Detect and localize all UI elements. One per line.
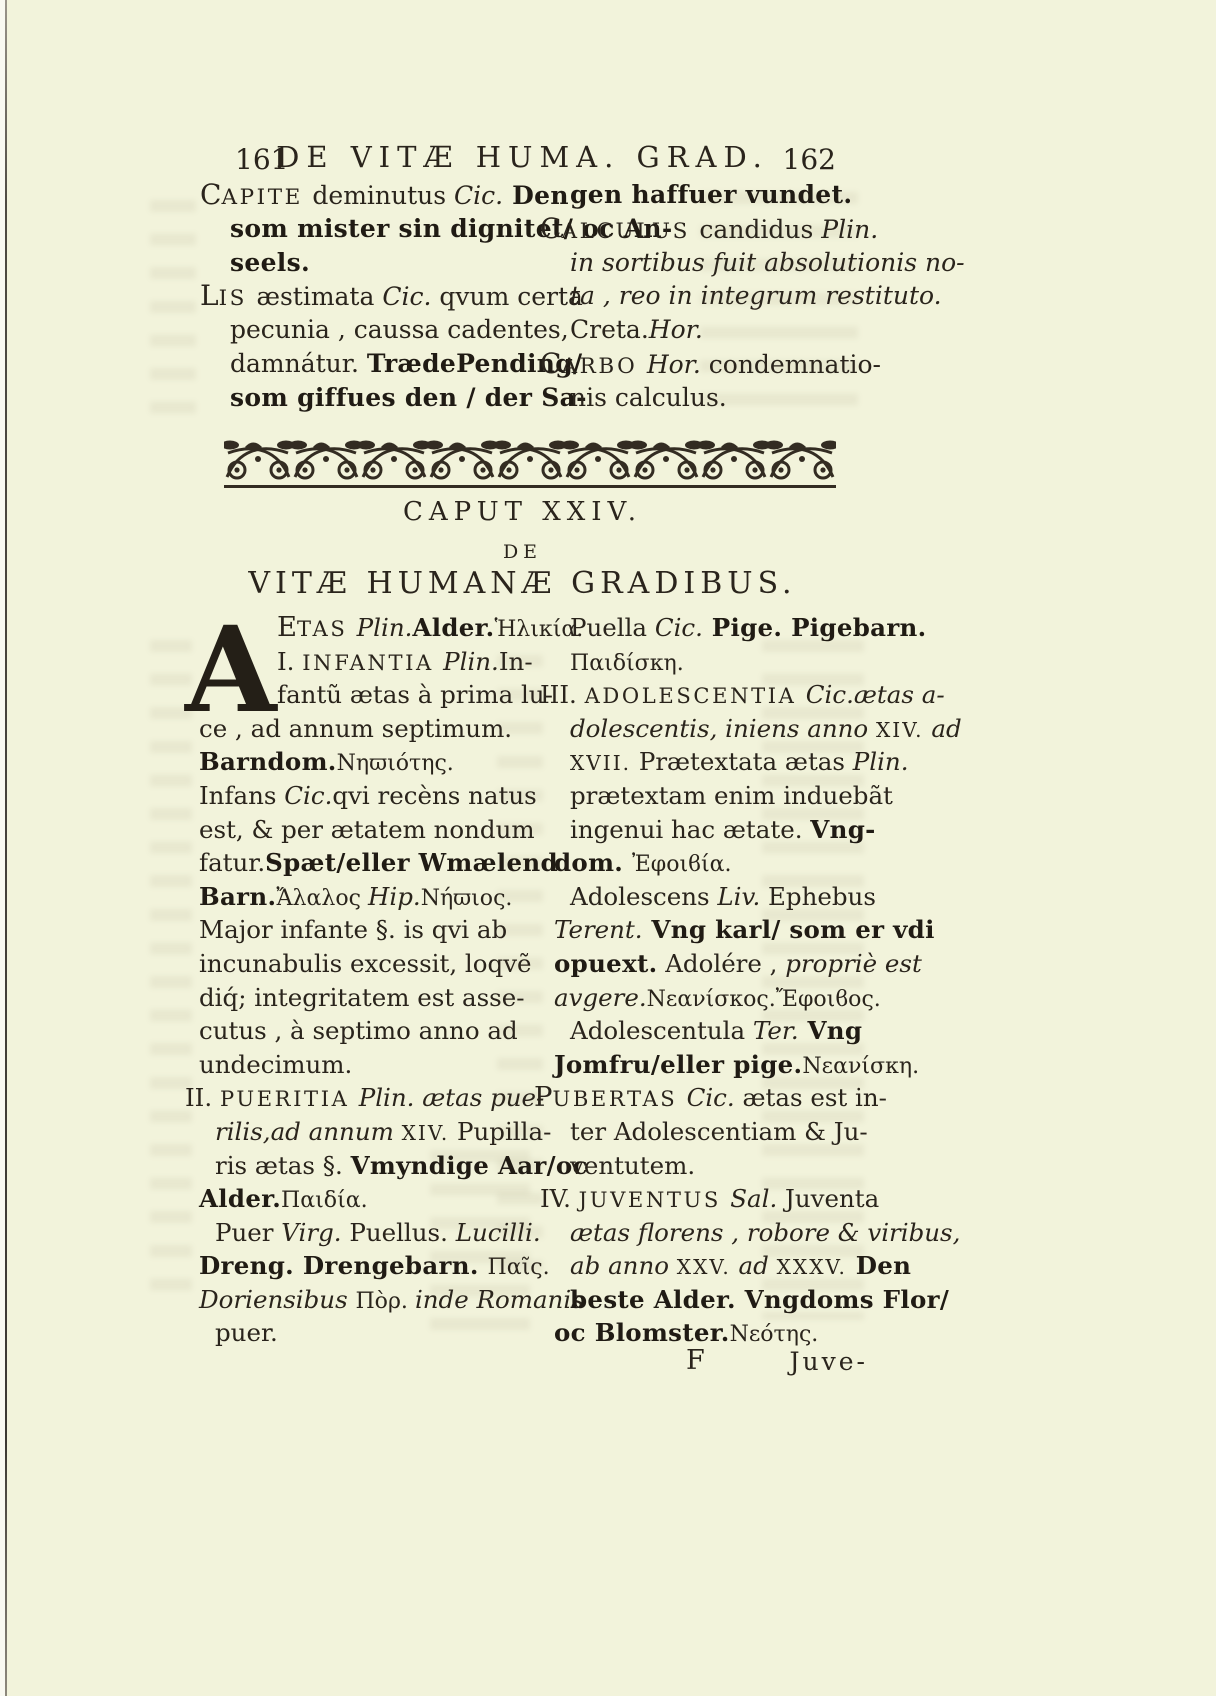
text-segment: Dreng. Drengebarn. — [199, 1251, 488, 1280]
text-segment: Plin. — [357, 613, 413, 642]
text-segment: Cic. — [687, 1083, 735, 1112]
text-segment: Barn. — [199, 882, 276, 911]
text-segment: Adolescentula — [570, 1016, 753, 1045]
text-line: ETAS Plin.Alder.Ἡλικία. — [277, 611, 537, 645]
text-segment: Major infante §. is qvi ab — [199, 915, 507, 944]
text-segment: ris ætas §. — [215, 1151, 351, 1180]
text-segment: Cic. — [655, 613, 703, 642]
text-segment: PUERITIA — [220, 1086, 359, 1111]
text-segment: UBERTAS — [552, 1086, 686, 1111]
text-segment: Hor. — [649, 315, 703, 344]
text-line: III. ADOLESCENTIA Cic.ætas a- — [540, 678, 870, 712]
text-line: Creta.Hor. — [570, 313, 870, 347]
text-segment: XIV. — [402, 1121, 450, 1145]
headpiece-ornament — [224, 437, 836, 494]
text-segment: Plin. — [821, 215, 878, 244]
text-segment: Πὸρ. — [355, 1289, 414, 1314]
text-segment: gen haffuer vundet. — [570, 180, 852, 209]
text-segment: Den — [847, 1251, 911, 1280]
text-segment: Lucilli. — [456, 1218, 541, 1247]
text-segment: Vng — [799, 1016, 863, 1045]
text-segment: Hip. — [368, 882, 421, 911]
text-segment: Terent. — [554, 915, 643, 944]
text-segment: Cic. — [284, 781, 332, 810]
text-line: XVII. Prætextata ætas Plin. — [570, 745, 870, 779]
text-segment: Νεανίσκος.Ἔφοιϐος. — [647, 987, 881, 1012]
text-line: avgere.Νεανίσκος.Ἔφοιϐος. — [554, 981, 870, 1015]
text-segment: Puer — [215, 1218, 281, 1247]
text-segment: cutus , à septimo anno ad — [199, 1016, 518, 1045]
text-segment: Νεανίσκη. — [802, 1054, 919, 1079]
chapter-title: VITÆ HUMANÆ GRADIBUS. — [185, 566, 860, 601]
text-segment: In- — [499, 647, 533, 676]
text-line: Puer Virg. Puellus. Lucilli. — [215, 1216, 537, 1250]
text-line: I. INFANTIA Plin.In- — [277, 645, 537, 679]
text-segment: ætas est in- — [735, 1083, 887, 1112]
text-line: pecunia , caussa cadentes, — [230, 313, 545, 347]
text-segment: Virg. — [281, 1218, 341, 1247]
text-line: PUBERTAS Cic. ætas est in- — [534, 1081, 870, 1115]
text-segment: Doriensibus — [199, 1285, 355, 1314]
text-segment: in sortibus fuit absolutionis no- — [570, 248, 965, 277]
text-line: undecimum. — [199, 1048, 537, 1082]
text-segment: IV. — [540, 1184, 579, 1213]
text-line: cutus , à septimo anno ad — [199, 1014, 537, 1048]
text-line: puer. — [215, 1316, 537, 1350]
text-segment: Vng karl/ som er vdi — [643, 915, 935, 944]
text-line: nis calculus. — [570, 381, 870, 415]
text-line: ris ætas §. Vmyndige Aar/oc — [215, 1149, 537, 1183]
floral-band-icon — [224, 437, 836, 490]
text-line: dolescentis, iniens anno XIV. ad — [570, 712, 870, 746]
text-segment: oc Blomster. — [554, 1318, 730, 1347]
text-segment: Παιδίσκη. — [570, 651, 684, 676]
text-segment: III. — [540, 680, 585, 709]
text-segment: Alder. — [199, 1184, 281, 1213]
main-right-column: Puella Cic. Pige. Pigebarn.Παιδίσκη.III.… — [540, 611, 870, 1350]
text-segment: XXXV. — [777, 1255, 847, 1279]
text-segment: XIV. — [876, 718, 924, 742]
text-segment: C — [540, 212, 561, 245]
text-segment: C — [540, 347, 561, 380]
text-segment: avgere. — [554, 983, 647, 1012]
text-segment: Liv. — [717, 882, 760, 911]
text-segment: I. — [277, 647, 302, 676]
text-segment: Creta. — [570, 315, 649, 344]
text-line: ta , reo in integrum restituto. — [570, 279, 870, 313]
signature-line: F Juve- — [540, 1345, 870, 1381]
text-segment: ARBO — [561, 354, 646, 379]
text-line: Alder.Παιδία. — [199, 1182, 537, 1216]
text-segment: condemnatio- — [701, 350, 881, 379]
text-segment: Pupilla- — [449, 1117, 551, 1146]
text-segment: beste Alder. Vngdoms Flor/ — [570, 1285, 949, 1314]
text-line: som mister sin dignitet/ oc An- — [230, 212, 545, 246]
text-line: CALCULUS candidus Plin. — [540, 212, 870, 246]
text-segment: Vng- — [810, 815, 875, 844]
text-segment: pecunia , caussa cadentes, — [230, 315, 569, 344]
text-segment: Barndom. — [199, 747, 337, 776]
text-segment: nis calculus. — [570, 383, 727, 412]
text-line: rilis,ad annum XIV. Pupilla- — [215, 1115, 537, 1149]
text-segment: som giffues den / der Sa- — [230, 383, 587, 412]
text-segment: Ἐφοιϐία. — [632, 852, 732, 877]
text-segment: Hor. — [647, 350, 701, 379]
text-line: fatur.Spæt/eller Wmælend — [199, 846, 537, 880]
main-left-column: A ETAS Plin.Alder.Ἡλικία.I. INFANTIA Pli… — [185, 611, 537, 1350]
text-segment: puer. — [215, 1318, 278, 1347]
text-segment: ta , reo in integrum restituto. — [570, 281, 942, 310]
text-segment: Puella — [570, 613, 655, 642]
text-line: CAPITE deminutus Cic. Den — [200, 178, 545, 212]
text-segment: ætas a- — [854, 680, 945, 709]
text-segment: Adolére , — [657, 949, 785, 978]
text-segment: Adolescens — [570, 882, 717, 911]
text-segment: Pige. Pigebarn. — [703, 613, 927, 642]
text-segment: TAS — [297, 616, 357, 641]
text-line: in sortibus fuit absolutionis no- — [570, 246, 870, 280]
text-line: Παιδίσκη. — [570, 645, 870, 679]
text-line: Barndom.Νηϖιότης. — [199, 745, 537, 779]
text-line: opuext. Adolére , propriè est — [554, 947, 870, 981]
text-segment: ventutem. — [570, 1151, 695, 1180]
text-segment: Ter. — [753, 1016, 799, 1045]
text-line: Adolescens Liv. Ephebus — [570, 880, 870, 914]
text-line: ætas florens , robore & viribus, — [570, 1216, 870, 1250]
text-segment: ad — [731, 1251, 777, 1280]
text-segment: XXV. — [677, 1255, 731, 1279]
text-segment: JUVENTUS — [579, 1187, 731, 1212]
text-line: incunabulis excessit, loqvẽ — [199, 947, 537, 981]
text-line: Dreng. Drengebarn. Παῖς. — [199, 1249, 537, 1283]
drop-cap-initial: A — [185, 623, 277, 717]
text-line: Jomfru/eller pige.Νεανίσκη. — [554, 1048, 870, 1082]
text-segment: INFANTIA — [302, 650, 443, 675]
text-line: IV. JUVENTUS Sal. Juventa — [540, 1182, 870, 1216]
text-segment: Παιδία. — [281, 1188, 368, 1213]
bleedthrough-smudge — [150, 200, 196, 420]
text-segment: Jomfru/eller pige. — [554, 1050, 802, 1079]
text-line: damnátur. TrædePending/ — [230, 347, 545, 381]
text-segment: incunabulis excessit, loqvẽ — [199, 949, 532, 978]
text-segment: deminutus — [312, 181, 454, 210]
text-segment: Νήϖιος. — [421, 886, 513, 911]
text-segment: ADOLESCENTIA — [585, 683, 806, 708]
text-segment: qvi recèns natus — [332, 781, 536, 810]
text-segment: Plin. — [853, 747, 909, 776]
folio-number-right: 162 — [783, 143, 836, 176]
text-segment: fantũ ætas à prima lu- — [277, 680, 553, 709]
text-segment: æstimata — [256, 282, 382, 311]
text-segment: Infans — [199, 781, 284, 810]
text-line: II. PUERITIA Plin. ætas pue- — [185, 1081, 537, 1115]
text-segment: Plin. — [443, 647, 499, 676]
text-segment: Ἄλαλος — [276, 886, 368, 911]
book-page-scan: 161 DE VITÆ HUMA. GRAD. 162 CAPITE demin… — [0, 0, 1216, 1696]
text-line: beste Alder. Vngdoms Flor/ — [570, 1283, 870, 1317]
page-header: 161 DE VITÆ HUMA. GRAD. 162 — [185, 140, 860, 182]
text-segment: Spæt/eller Wmælend — [265, 848, 558, 877]
text-line: LIS æstimata Cic. qvum certa — [200, 279, 545, 313]
text-segment: XVII. — [570, 751, 631, 775]
signature-mark: F — [686, 1345, 705, 1376]
top-right-column: gen haffuer vundet.CALCULUS candidus Pli… — [540, 178, 870, 415]
text-segment: C — [200, 178, 221, 211]
text-line: Infans Cic.qvi recèns natus — [199, 779, 537, 813]
text-segment: Ephebus — [760, 882, 876, 911]
text-line: Major infante §. is qvi ab — [199, 913, 537, 947]
text-segment: seels. — [230, 248, 310, 277]
text-segment: opuext. — [554, 949, 657, 978]
text-segment: P — [534, 1082, 552, 1113]
text-line: gen haffuer vundet. — [570, 178, 870, 212]
text-segment: rilis,ad annum — [215, 1117, 402, 1146]
running-title: DE VITÆ HUMA. GRAD. — [276, 140, 769, 174]
text-segment: dom. — [554, 848, 632, 877]
text-line: som giffues den / der Sa- — [230, 381, 545, 415]
text-segment: ingenui hac ætate. — [570, 815, 810, 844]
text-segment: ab anno — [570, 1251, 677, 1280]
text-segment: Νεότης. — [730, 1322, 819, 1347]
text-segment: Cic. — [382, 282, 431, 311]
text-segment: fatur. — [199, 848, 265, 877]
text-line: ter Adolescentiam & Ju- — [570, 1115, 870, 1149]
text-segment: propriè est — [785, 949, 922, 978]
text-segment: II. — [185, 1083, 220, 1112]
text-segment: est, & per ætatem nondum — [199, 815, 535, 844]
text-segment: ætas pue- — [422, 1083, 544, 1112]
text-line: prætextam enim induebãt — [570, 779, 870, 813]
text-line: ab anno XXV. ad XXXV. Den — [570, 1249, 870, 1283]
text-line: ventutem. — [570, 1149, 870, 1183]
text-segment: Sal. — [730, 1184, 777, 1213]
text-line: CARBO Hor. condemnatio- — [540, 347, 870, 381]
text-segment: damnátur. — [230, 349, 367, 378]
chapter-heading: CAPUT XXIV. — [185, 497, 860, 527]
page-edge-line — [5, 0, 7, 1696]
text-segment: ætas florens , robore & viribus, — [570, 1218, 960, 1247]
text-segment: APITE — [221, 185, 312, 210]
text-line: fantũ ætas à prima lu- — [277, 678, 537, 712]
text-segment: Juventa — [777, 1184, 879, 1213]
text-line: Doriensibus Πὸρ. inde Romanis — [199, 1283, 537, 1317]
text-segment: ter Adolescentiam & Ju- — [570, 1117, 868, 1146]
text-segment: ad — [924, 714, 962, 743]
text-segment: undecimum. — [199, 1050, 352, 1079]
text-segment: Cic. — [806, 680, 854, 709]
text-segment: IS — [219, 286, 257, 311]
top-left-column: CAPITE deminutus Cic. Densom mister sin … — [200, 178, 545, 415]
text-segment: prætextam enim induebãt — [570, 781, 893, 810]
text-segment: Puellus. — [342, 1218, 456, 1247]
text-segment: Cic. — [454, 181, 503, 210]
text-line: Barn.Ἄλαλος Hip.Νήϖιος. — [199, 880, 537, 914]
text-line: seels. — [230, 246, 545, 280]
text-segment: ALCULUS — [561, 219, 699, 244]
text-segment: Prætextata ætas — [631, 747, 853, 776]
text-segment: L — [200, 279, 219, 312]
catchword: Juve- — [790, 1347, 869, 1376]
text-line: Puella Cic. Pige. Pigebarn. — [570, 611, 870, 645]
text-segment: Plin. — [359, 1083, 423, 1112]
text-line: Terent. Vng karl/ som er vdi — [554, 913, 870, 947]
text-line: ingenui hac ætate. Vng- — [570, 813, 870, 847]
text-line: est, & per ætatem nondum — [199, 813, 537, 847]
text-segment: Alder. — [412, 613, 494, 642]
text-line: Adolescentula Ter. Vng — [570, 1014, 870, 1048]
chapter-de: DE — [185, 541, 860, 563]
text-segment: E — [277, 612, 297, 643]
text-segment: diq́; integritatem est asse- — [199, 983, 525, 1012]
text-segment: Νηϖιότης. — [337, 751, 454, 776]
text-line: diq́; integritatem est asse- — [199, 981, 537, 1015]
text-segment: candidus — [699, 215, 821, 244]
text-segment: dolescentis, iniens anno — [570, 714, 876, 743]
text-line: dom. Ἐφοιϐία. — [554, 846, 870, 880]
